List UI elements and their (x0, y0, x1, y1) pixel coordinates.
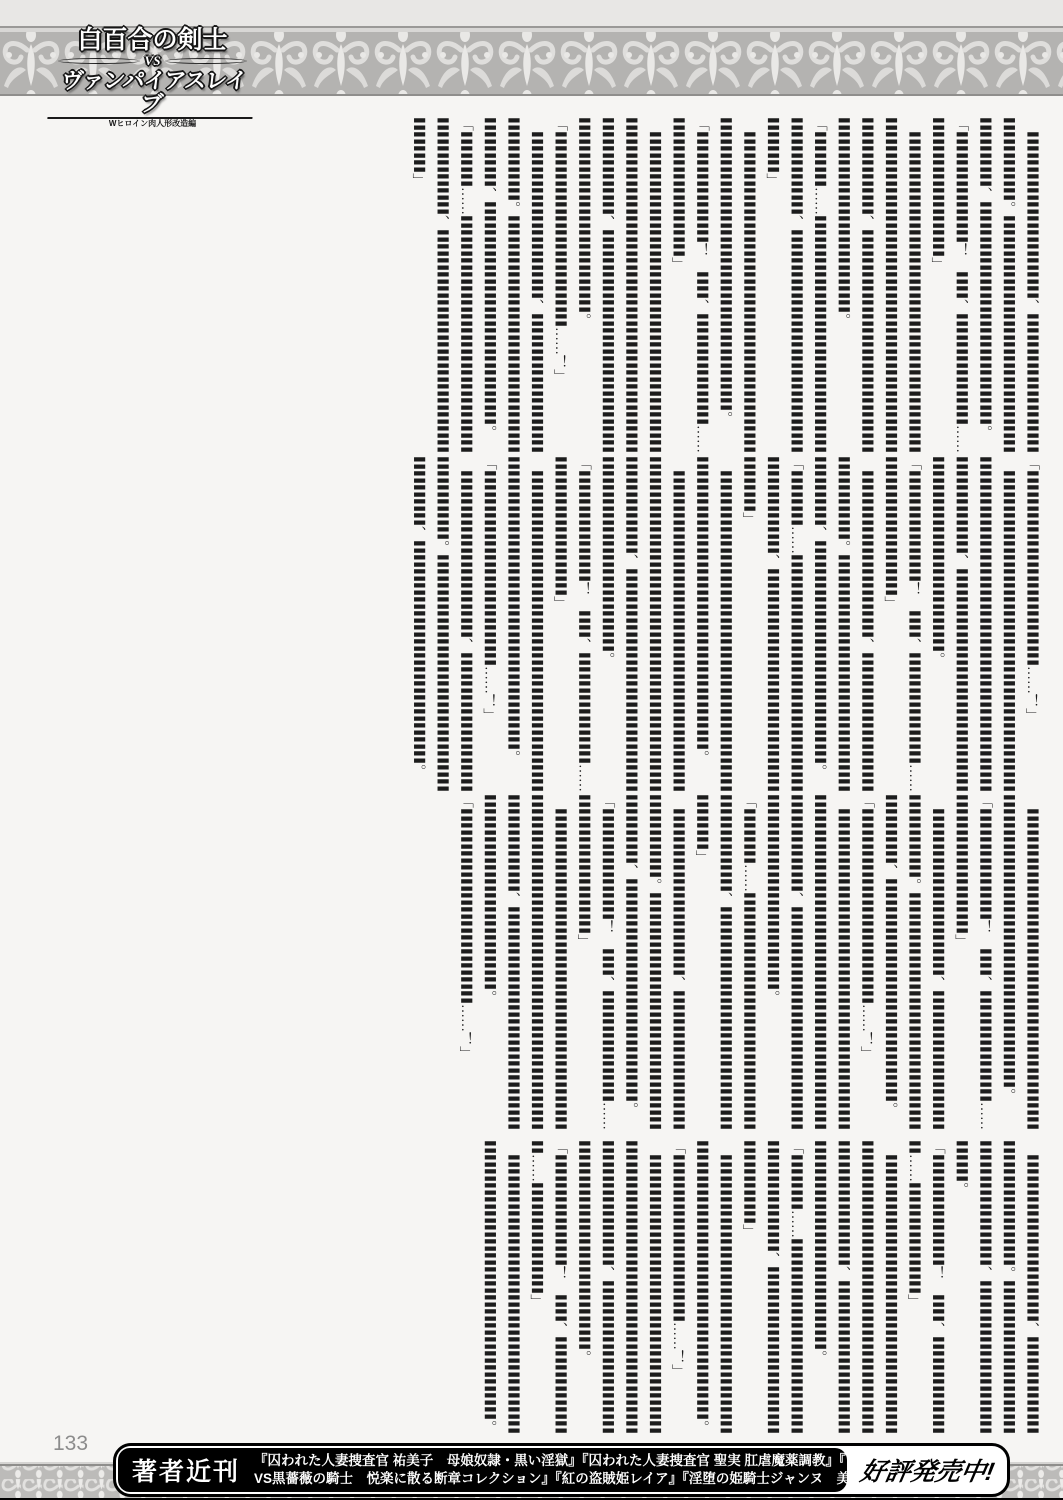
series-logo: 白百合の剣士 VS ヴァンパイアスレイブ Wヒロイン肉人形改造編 (50, 28, 255, 129)
logo-title-top: 白百合の剣士 (50, 28, 255, 54)
titles-line-1: 『囚われた人妻捜査官 祐美子 母娘奴隷・黒い淫獄』『囚われた人妻捜査官 聖実 肛… (254, 1453, 927, 1468)
text-band-4: 〓〓〓〓〓〓〓〓〓〓〓〓、〓〓〓〓〓〓〓〓〓〓〓〓〓〓〓〓。〓〓〓〓〓〓〓〓〓〓… (55, 1140, 1043, 1436)
scanned-novel-page: 白百合の剣士 VS ヴァンパイアスレイブ Wヒロイン肉人形改造編 〓〓〓〓〓〓〓… (0, 0, 1063, 1500)
recent-works-panel: 著者近刊 『囚われた人妻捜査官 祐美子 母娘奴隷・黒い淫獄』『囚われた人妻捜査官… (118, 1448, 847, 1492)
logo-vs-row: VS (58, 54, 247, 68)
logo-title-bottom: ヴァンパイアスレイブ (47, 68, 257, 119)
recent-works-label: 著者近刊 (132, 1452, 240, 1488)
text-band-1: 〓〓〓〓〓〓〓〓〓〓〓〓、〓〓〓〓〓〓〓〓〓〓〓〓〓〓〓〓。〓〓〓〓〓〓〓〓〓〓… (55, 117, 1043, 454)
text-band-3: 〓〓〓〓〓〓〓〓〓〓〓〓〓〓〓〓〓〓〓〓〓〓〓〓〓〓〓〓〓〓〓〓〓〓〓〓〓〓〓〓… (55, 794, 1043, 1130)
titles-line-2: VS黒薔薇の騎士 悦楽に散る断章コレクション』『紅の盗賊姫レイア』『淫堕の姫騎士… (254, 1471, 904, 1486)
on-sale-text: 好評発売中! (858, 1452, 998, 1488)
logo-vs-text: VS (145, 54, 161, 68)
logo-flourish-left (58, 58, 140, 64)
recent-works-titles: 『囚われた人妻捜査官 祐美子 母娘奴隷・黒い淫獄』『囚われた人妻捜査官 聖実 肛… (254, 1452, 927, 1488)
logo-flourish-right (165, 58, 247, 64)
on-sale-badge: 好評発売中! (849, 1446, 1007, 1494)
text-band-2: 「〓〓〓〓〓〓〓〓〓〓〓〓〓〓……！」 〓〓〓〓〓〓〓〓〓〓〓〓〓〓〓〓〓〓〓〓… (55, 456, 1043, 792)
logo-subtitle: Wヒロイン肉人形改造編 (50, 120, 255, 128)
top-margin-strip (0, 0, 1063, 26)
publisher-footer-bar: 著者近刊 『囚われた人妻捜査官 祐美子 母娘奴隷・黒い淫獄』『囚われた人妻捜査官… (113, 1443, 1010, 1497)
page-number: 133 (53, 1432, 88, 1456)
